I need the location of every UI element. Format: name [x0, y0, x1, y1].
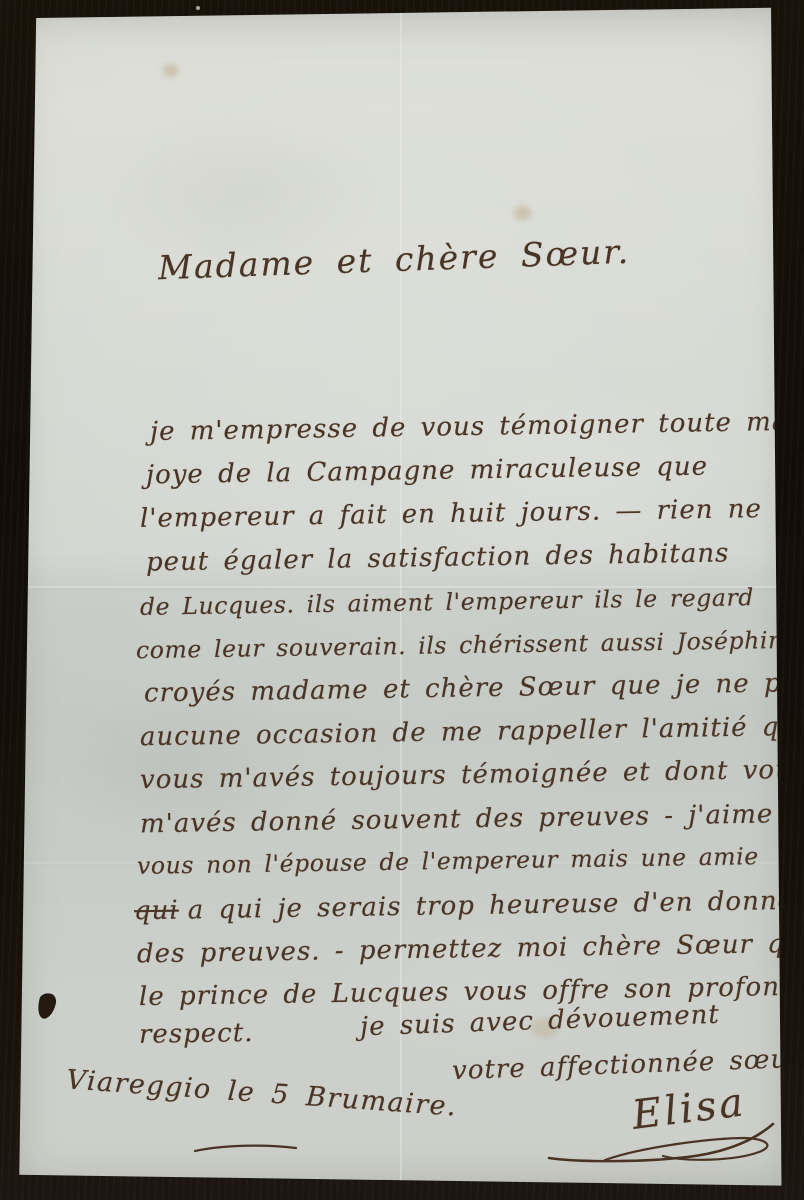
- dateline-underline: [193, 1142, 298, 1154]
- dust-speck: [196, 6, 200, 10]
- letter-paper: Madame et chère Sœur. je m'empresse de v…: [0, 0, 804, 1200]
- signature-flourish: [545, 1116, 780, 1174]
- foxing-spot: [514, 206, 531, 220]
- foxing-spot: [163, 64, 178, 77]
- struck-word: qui: [134, 896, 179, 927]
- letter-line: respect.: [139, 1018, 254, 1050]
